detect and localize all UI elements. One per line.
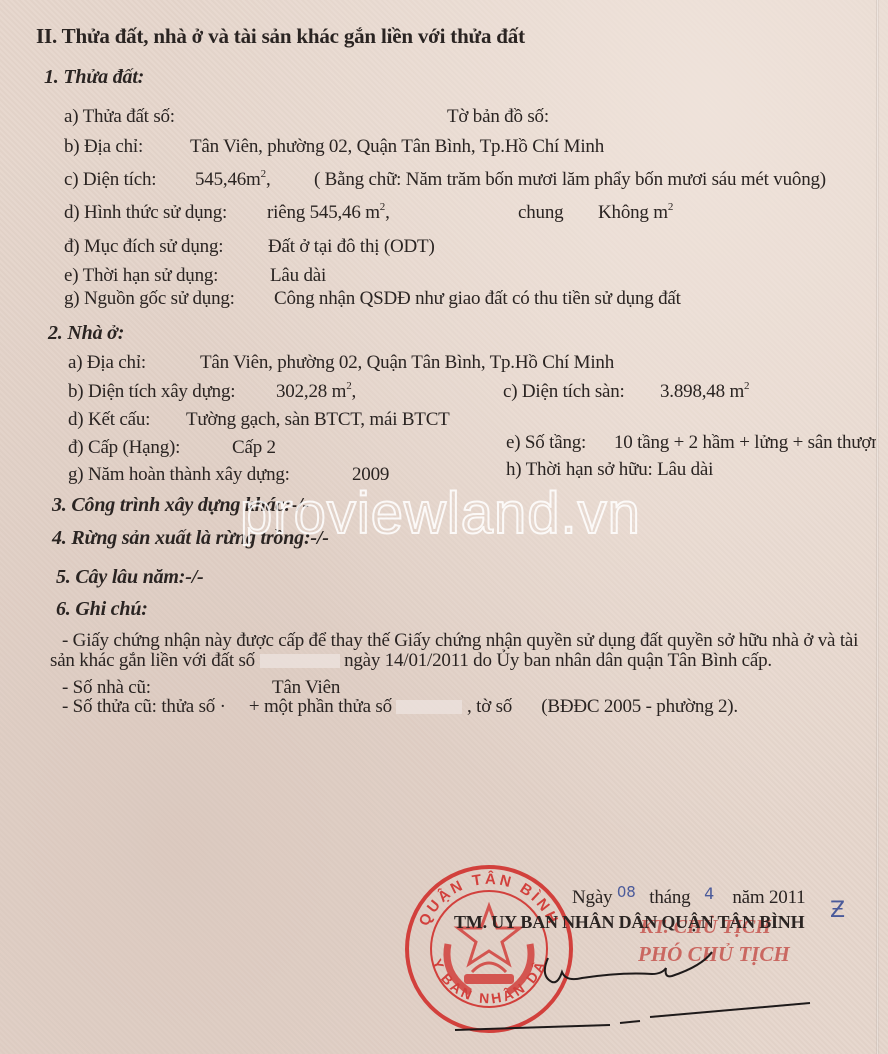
section-6-title: 6. Ghi chú:	[56, 598, 148, 621]
section-5-perennial-trees: 5. Cây lâu năm:-/-	[56, 566, 204, 589]
section-2-title: 2. Nhà ở:	[48, 322, 124, 345]
page-fold	[876, 0, 879, 1054]
construction-area-value: 302,28 m2,	[276, 381, 356, 403]
section-1-title: 1. Thửa đất:	[44, 66, 144, 89]
usage-form-label: d) Hình thức sử dụng:	[64, 202, 227, 224]
land-area-value: 545,46m2,	[195, 169, 271, 191]
land-address-value: Tân Viên, phường 02, Quận Tân Bình, Tp.H…	[190, 136, 604, 158]
signature-scribble	[540, 950, 780, 990]
structure-value: Tường gạch, sàn BTCT, mái BTCT	[186, 409, 450, 431]
signature-underline	[450, 995, 820, 1035]
land-parcel-number-label: a) Thửa đất số:	[64, 106, 175, 128]
usage-purpose-label: đ) Mục đích sử dụng:	[64, 236, 223, 258]
usage-origin-label: g) Nguồn gốc sử dụng:	[64, 288, 235, 310]
usage-term-value: Lâu dài	[270, 265, 326, 287]
land-area-label: c) Diện tích:	[64, 169, 156, 191]
redacted-certificate-number	[260, 654, 340, 668]
handwritten-mark: Ƶ	[830, 898, 845, 923]
structure-label: d) Kết cấu:	[68, 409, 150, 431]
house-address-value: Tân Viên, phường 02, Quận Tân Bình, Tp.H…	[200, 352, 614, 374]
old-parcel-number: - Số thửa cũ: thửa số · + một phần thửa …	[62, 696, 738, 718]
usage-shared-value: Không m2	[598, 202, 673, 224]
floors-value: 10 tầng + 2 hầm + lửng + sân thượng	[614, 432, 876, 454]
watermark: proviewland.vn	[240, 480, 641, 547]
usage-private-value: riêng 545,46 m2,	[267, 202, 390, 224]
issuing-authority: TM. UY BAN NHÂN DÂN QUẬN TÂN BÌNH	[454, 912, 804, 933]
construction-area-label: b) Diện tích xây dựng:	[68, 381, 235, 403]
note-line-2: sản khác gắn liền với đất số ngày 14/01/…	[50, 650, 772, 672]
usage-purpose-value: Đất ở tại đô thị (ODT)	[268, 236, 435, 258]
grade-label: đ) Cấp (Hạng):	[68, 437, 180, 459]
issue-date: Ngày 08 tháng 4 năm 2011	[572, 887, 806, 909]
land-address-label: b) Địa chỉ:	[64, 136, 143, 158]
note-line-1: - Giấy chứng nhận này được cấp để thay t…	[62, 630, 876, 652]
map-sheet-number-label: Tờ bản đồ số:	[447, 106, 549, 128]
house-address-label: a) Địa chỉ:	[68, 352, 146, 374]
redacted-parcel-number	[396, 700, 462, 714]
grade-value: Cấp 2	[232, 437, 276, 459]
usage-term-label: e) Thời hạn sử dụng:	[64, 265, 218, 287]
usage-shared-label: chung	[518, 202, 563, 224]
floors-label: e) Số tầng:	[506, 432, 586, 454]
floor-area-value: 3.898,48 m2	[660, 381, 749, 403]
usage-origin-value: Công nhận QSDĐ như giao đất có thu tiền …	[274, 288, 681, 310]
land-area-in-words: ( Bằng chữ: Năm trăm bốn mươi lăm phẩy b…	[314, 169, 826, 191]
ownership-term: h) Thời hạn sở hữu: Lâu dài	[506, 459, 713, 481]
floor-area-label: c) Diện tích sàn:	[503, 381, 625, 403]
page-heading: II. Thửa đất, nhà ở và tài sản khác gắn …	[36, 24, 525, 49]
